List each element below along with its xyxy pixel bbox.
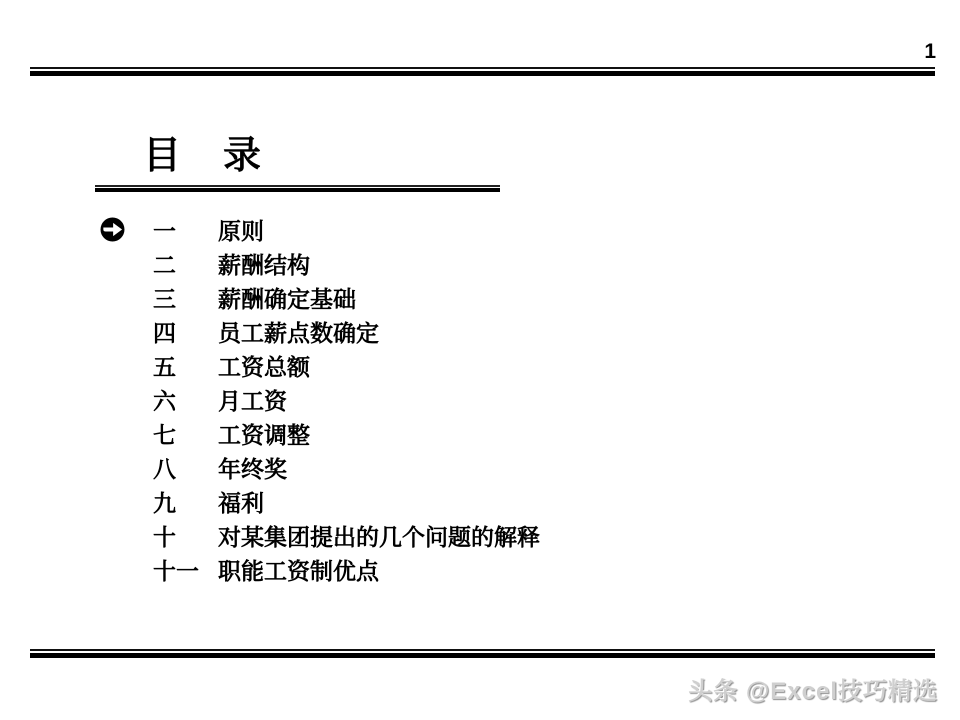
toc-item-number: 八 [153,451,218,484]
toc-item-label: 工资总额 [218,349,310,382]
toc-item-label: 对某集团提出的几个问题的解释 [218,519,540,552]
toc-item-label: 年终奖 [218,451,287,484]
title-underline [95,185,500,192]
top-divider-line [30,67,935,76]
toc-item-8: 八年终奖 [100,450,540,484]
toc-item-1: 一原则 [100,212,540,246]
toc-item-label: 职能工资制优点 [218,553,379,586]
toc-item-5: 五工资总额 [100,348,540,382]
toc-item-number: 十 [153,519,218,552]
watermark-text: 头条 @Excel技巧精选 [688,671,938,706]
toc-item-label: 福利 [218,485,264,518]
bottom-divider-line [30,649,935,658]
toc-item-3: 三薪酬确定基础 [100,280,540,314]
toc-list: 一原则二薪酬结构三薪酬确定基础四员工薪点数确定五工资总额六月工资七工资调整八年终… [100,212,540,586]
toc-item-label: 薪酬确定基础 [218,281,356,314]
toc-item-number: 九 [153,485,218,518]
toc-item-2: 二薪酬结构 [100,246,540,280]
toc-item-label: 薪酬结构 [218,247,310,280]
toc-item-number: 二 [153,247,218,280]
toc-item-11: 十一职能工资制优点 [100,552,540,586]
toc-item-label: 月工资 [218,383,287,416]
toc-item-10: 十对某集团提出的几个问题的解释 [100,518,540,552]
slide: 1 目 录 一原则二薪酬结构三薪酬确定基础四员工薪点数确定五工资总额六月工资七工… [0,0,960,720]
toc-item-number: 三 [153,281,218,314]
toc-item-number: 五 [153,349,218,382]
active-item-arrow-icon [100,217,153,242]
toc-item-9: 九福利 [100,484,540,518]
toc-item-number: 七 [153,417,218,450]
toc-item-number: 六 [153,383,218,416]
toc-item-4: 四员工薪点数确定 [100,314,540,348]
toc-item-7: 七工资调整 [100,416,540,450]
toc-item-number: 十一 [153,553,218,586]
toc-item-label: 工资调整 [218,417,310,450]
toc-item-label: 原则 [218,213,264,246]
toc-title: 目 录 [143,136,263,178]
toc-item-number: 四 [153,315,218,348]
toc-item-label: 员工薪点数确定 [218,315,379,348]
arrow-right-circle-icon [100,217,125,242]
toc-item-6: 六月工资 [100,382,540,416]
toc-item-number: 一 [153,213,218,246]
page-number: 1 [924,40,936,64]
